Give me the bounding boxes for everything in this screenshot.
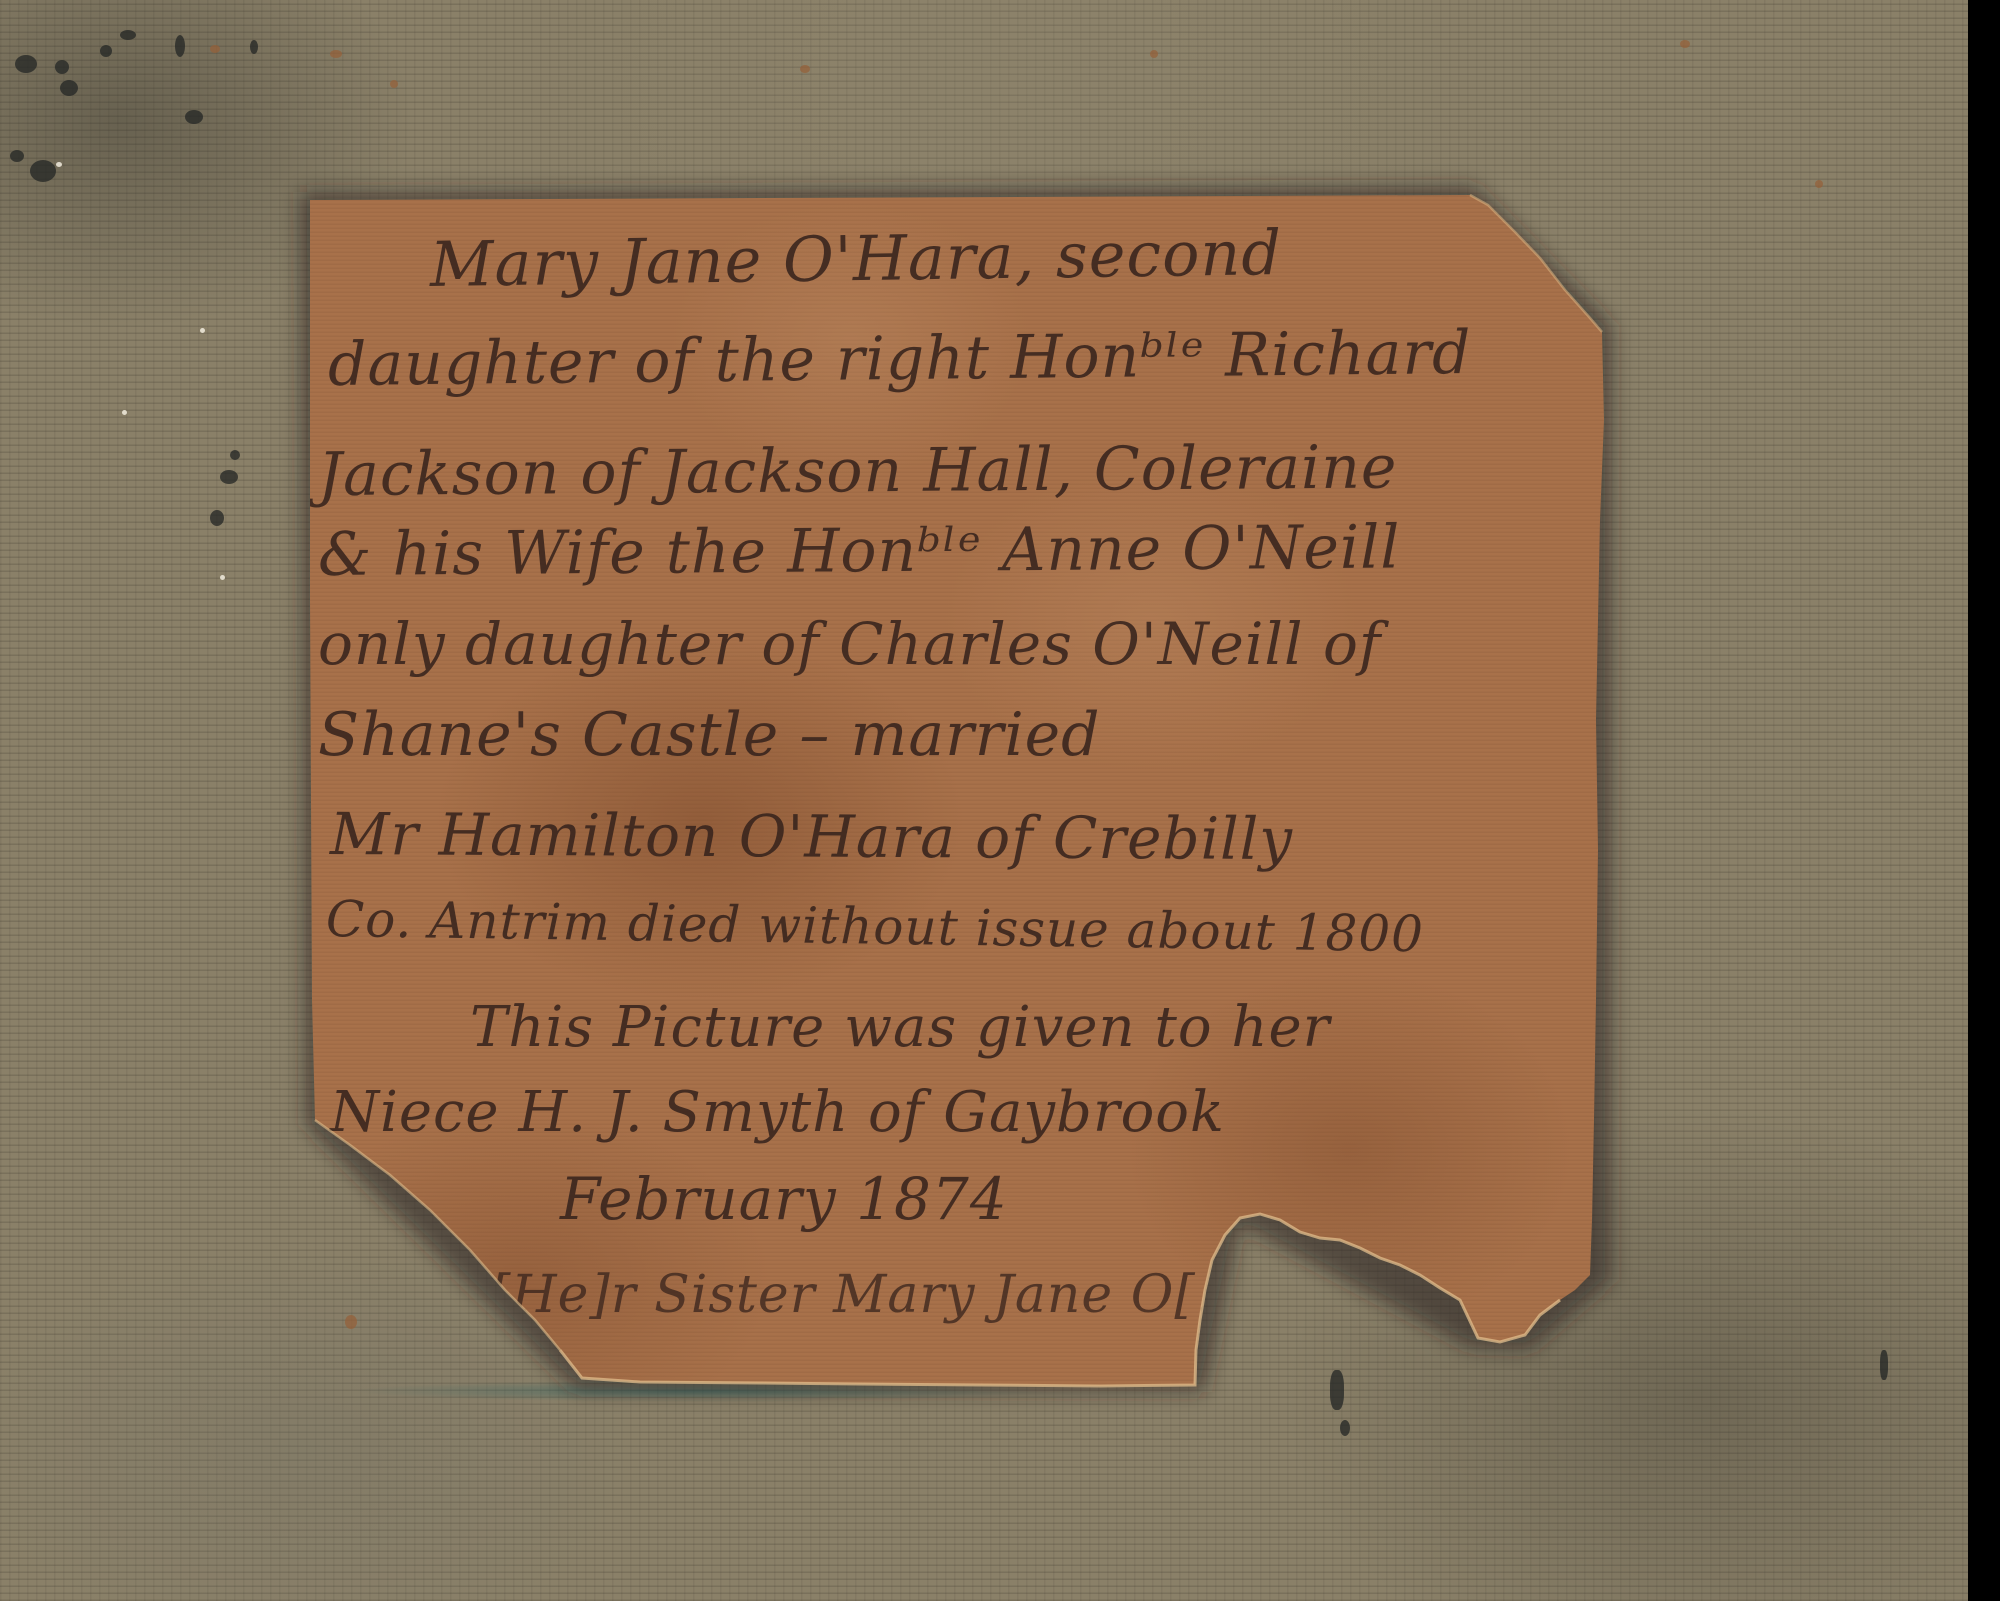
mold-speck — [10, 150, 24, 162]
label-line-3: Jackson of Jackson Hall, Coleraine — [318, 432, 1398, 510]
mold-speck — [250, 40, 258, 54]
mold-speck — [120, 30, 136, 40]
paint-fleck — [56, 162, 62, 167]
rust-speck — [800, 65, 810, 73]
label-line-5: only daughter of Charles O'Neill of — [318, 610, 1381, 678]
mold-speck — [1330, 1370, 1344, 1410]
mold-speck — [220, 470, 238, 484]
rust-speck — [1680, 40, 1690, 48]
label-line-7: Mr Hamilton O'Hara of Crebilly — [330, 800, 1293, 873]
rust-speck — [330, 50, 342, 58]
label-line-date: February 1874 — [560, 1165, 1008, 1233]
paint-fleck — [200, 328, 205, 333]
mold-speck — [210, 510, 224, 526]
mold-speck — [55, 60, 69, 74]
rust-speck — [210, 45, 220, 53]
mold-speck — [30, 160, 56, 182]
mold-speck — [60, 80, 78, 96]
mold-speck — [100, 45, 112, 57]
mold-speck — [1880, 1350, 1888, 1380]
label-line-1: Mary Jane O'Hara, second — [429, 216, 1282, 301]
label-line-12: [He]r Sister Mary Jane O[...] — [490, 1265, 1270, 1325]
rust-speck — [1150, 50, 1158, 58]
label-line-6: Shane's Castle – married — [318, 700, 1101, 770]
label-line-8: Co. Antrim died without issue about 1800 — [326, 890, 1425, 963]
mold-speck — [1340, 1420, 1350, 1436]
label-line-9: This Picture was given to her — [470, 995, 1330, 1060]
rust-speck — [1815, 180, 1823, 188]
paint-fleck — [220, 575, 225, 580]
rust-speck — [345, 1315, 357, 1329]
mold-speck — [185, 110, 203, 124]
rust-speck — [390, 80, 398, 88]
frame-edge — [1968, 0, 2000, 1601]
paint-fleck — [122, 410, 127, 415]
mold-speck — [15, 55, 37, 73]
label-line-4: & his Wife the Honᵇˡᵉ Anne O'Neill — [318, 512, 1401, 590]
label-line-10: Niece H. J. Smyth of Gaybrook — [330, 1080, 1225, 1145]
photo-stage: Mary Jane O'Hara, second daughter of the… — [0, 0, 2000, 1601]
mold-speck — [230, 450, 240, 460]
label-line-2: daughter of the right Honᵇˡᵉ Richard — [328, 318, 1472, 400]
mold-speck — [175, 35, 185, 57]
